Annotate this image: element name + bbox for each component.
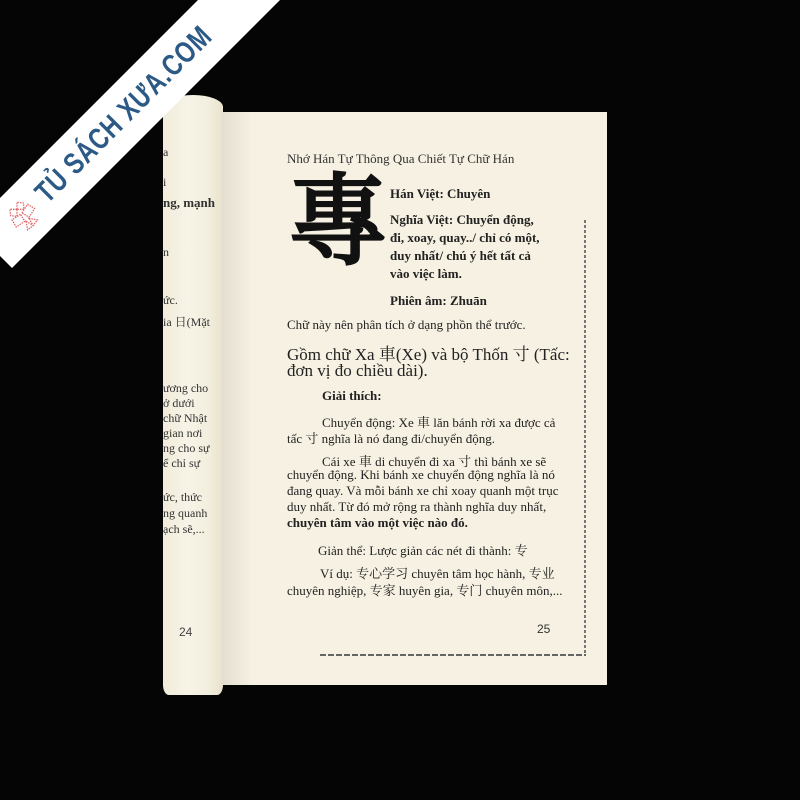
left-fragment: ạch sẽ,... (163, 522, 205, 537)
para2-line: chuyên tâm vào một việc nào đó. (287, 515, 468, 531)
para2-line: đang quay. Và mỗi bánh xe chỉ xoay quanh… (287, 483, 559, 499)
left-page: a i ng, mạnh n ức. ia 日(Mặt ương cho ở d… (163, 95, 223, 695)
left-fragment: ở dưới (163, 396, 195, 411)
left-fragment: ể chỉ sự (163, 456, 200, 471)
para1-line: tấc 寸 nghĩa là nó đang đi/chuyển động. (287, 428, 495, 447)
left-fragment: ng quanh (163, 506, 207, 521)
left-fragment: chữ Nhật (163, 411, 207, 426)
left-fragment: a (163, 145, 168, 160)
page-number-right: 25 (537, 622, 550, 636)
big-character: 專 (288, 172, 388, 272)
left-fragment: gian nơi (163, 426, 202, 441)
simplified: Giản thể: Lược giản các nét đi thành: 专 (318, 540, 528, 559)
gutter-shadow (222, 112, 252, 685)
butterfly-logo-icon (0, 191, 48, 239)
left-fragment: n (163, 245, 169, 260)
left-fragment: ng, mạnh (163, 195, 215, 211)
han-viet: Hán Việt: Chuyên (390, 186, 490, 202)
left-fragment: i (163, 175, 166, 190)
note: Chữ này nên phân tích ở dạng phồn thể tr… (287, 317, 526, 333)
left-fragment: ức. (163, 293, 178, 308)
left-fragment: ương cho (163, 381, 208, 396)
page-number-left: 24 (179, 625, 192, 639)
left-fragment: ức, thức (163, 490, 202, 505)
left-fragment: ng cho sự (163, 441, 210, 456)
left-fragment: ia 日(Mặt (163, 313, 210, 330)
phien-am: Phiên âm: Zhuān (390, 293, 487, 309)
nghia-viet-line: duy nhất/ chú ý hết tất cả (390, 248, 531, 264)
nghia-viet-line: Nghĩa Việt: Chuyển động, (390, 212, 534, 228)
nghia-viet-line: đi, xoay, quay../ chỉ có một, (390, 230, 540, 246)
explain-heading: Giải thích: (322, 388, 382, 404)
page-frame-bottom (320, 654, 586, 656)
nghia-viet-line: vào việc làm. (390, 266, 462, 282)
para2-line: duy nhất. Từ đó mở rộng ra thành nghĩa d… (287, 499, 546, 515)
para2-line: chuyển động. Khi bánh xe chuyển động ngh… (287, 467, 555, 483)
page-frame-right (584, 220, 586, 655)
composition-line: đơn vị đo chiều dài). (287, 361, 428, 381)
example-line: chuyên nghiệp, 专家 huyên gia, 专门 chuyên m… (287, 580, 562, 599)
